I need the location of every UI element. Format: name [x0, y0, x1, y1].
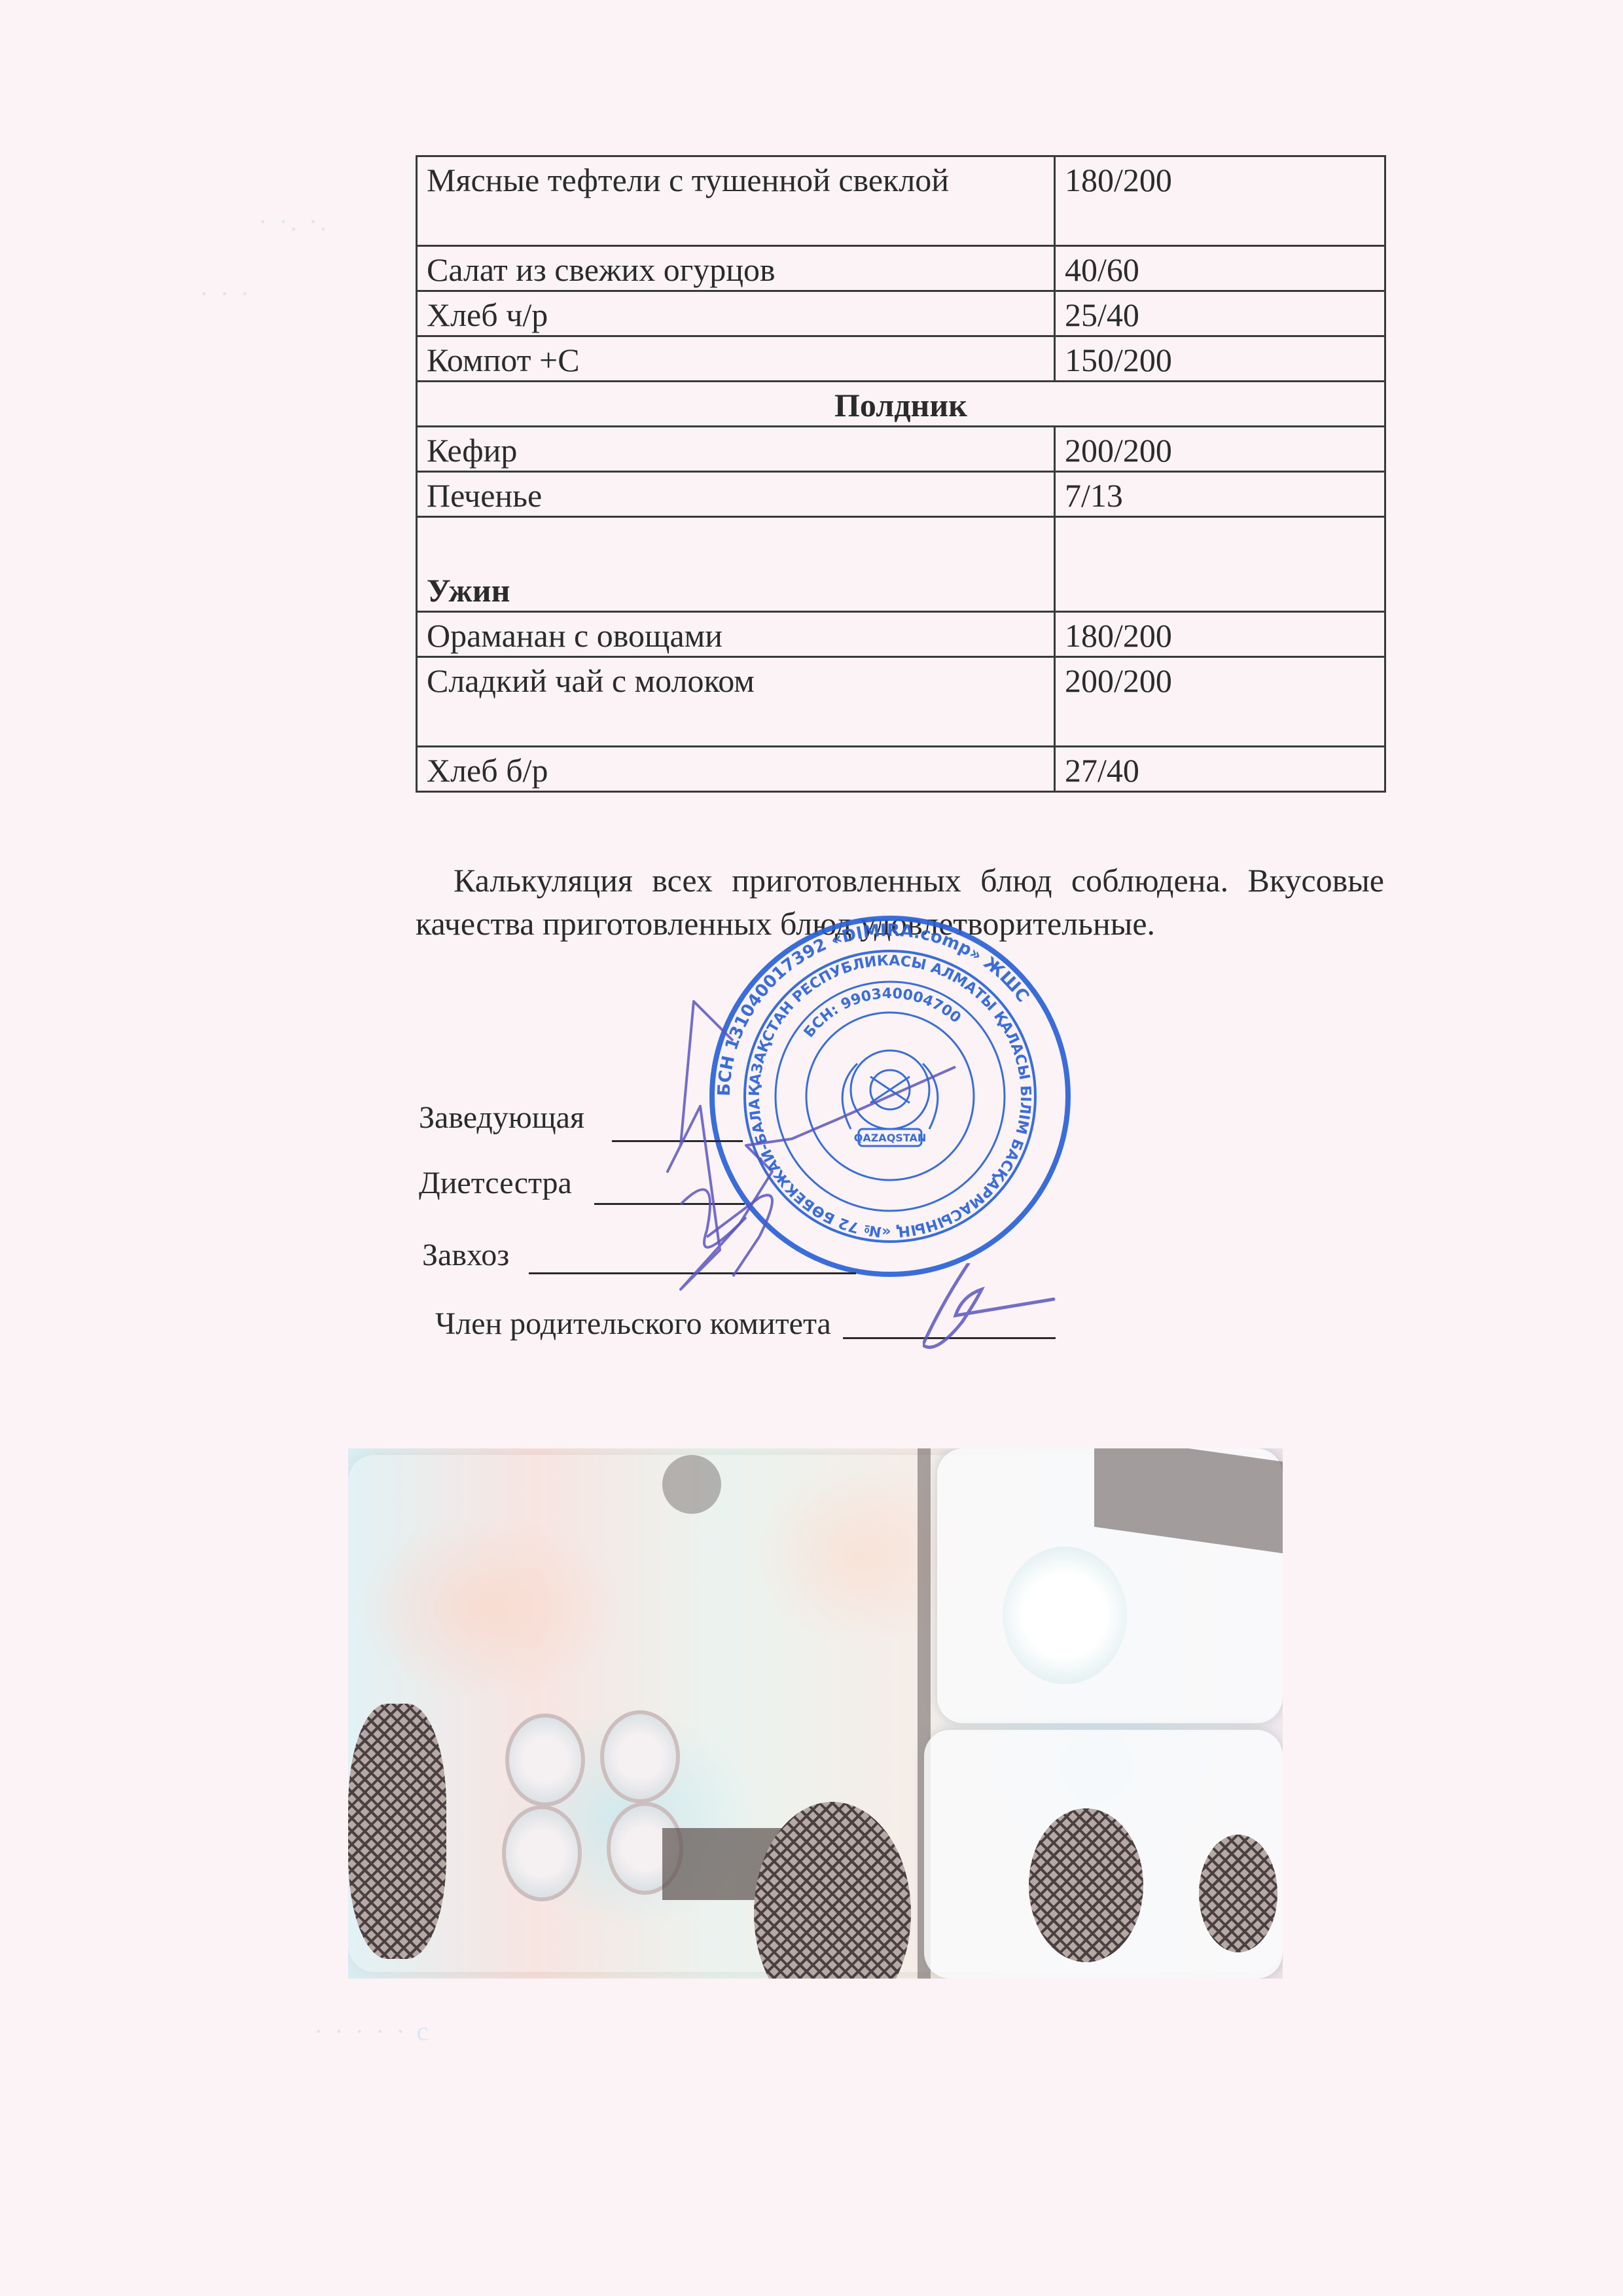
signature-label: Диетсестра: [419, 1166, 572, 1200]
menu-item-row: Сладкий чай с молоком200/200: [417, 657, 1385, 747]
portion-weight: 150/200: [1055, 336, 1385, 382]
bleed-through-mark: · ·. ·.: [259, 206, 329, 237]
signature-head: Заведующая: [419, 1100, 743, 1136]
menu-item-row: Кефир200/200: [417, 427, 1385, 472]
signature-line: [843, 1337, 1056, 1339]
portion-weight: 7/13: [1055, 472, 1385, 517]
bleed-through-mark: · · · · · c: [314, 2016, 431, 2047]
menu-item-row: Хлеб б/р27/40: [417, 747, 1385, 792]
portion-weight: 200/200: [1055, 427, 1385, 472]
dish-name: Салат из свежих огурцов: [417, 246, 1055, 291]
signature-label: Завхоз: [422, 1238, 509, 1272]
dish-name: Мясные тефтели с тушенной свеклой: [417, 156, 1055, 246]
menu-item-row: Ораманан с овощами180/200: [417, 612, 1385, 657]
signature-parent-committee: Член родительского комитета: [435, 1306, 1056, 1342]
portion-weight: 180/200: [1055, 612, 1385, 657]
menu-item-row: Мясные тефтели с тушенной свеклой180/200: [417, 156, 1385, 246]
official-stamp: БСН 131040017392 «DIMIRA.comp» ЖШС ҚАЗАҚ…: [707, 913, 1073, 1280]
empty-cell: [1055, 517, 1385, 612]
meal-section-row: Полдник: [417, 382, 1385, 427]
dish-name: Ораманан с овощами: [417, 612, 1055, 657]
dish-name: Компот +С: [417, 336, 1055, 382]
dining-table-photo: [348, 1448, 1283, 1979]
menu-table: Мясные тефтели с тушенной свеклой180/200…: [416, 155, 1386, 793]
portion-weight: 180/200: [1055, 156, 1385, 246]
signature-line: [612, 1140, 743, 1142]
portion-weight: 27/40: [1055, 747, 1385, 792]
dish-name: Сладкий чай с молоком: [417, 657, 1055, 747]
menu-item-row: Салат из свежих огурцов40/60: [417, 246, 1385, 291]
signature-label: Член родительского комитета: [435, 1306, 831, 1341]
signature-line: [529, 1272, 856, 1274]
stamp-center-text: QAZAQSTAN: [854, 1132, 927, 1144]
menu-item-row: Хлеб ч/р25/40: [417, 291, 1385, 336]
menu-item-row: Печенье7/13: [417, 472, 1385, 517]
meal-section-row: Ужин: [417, 517, 1385, 612]
meal-section-title: Ужин: [417, 517, 1055, 612]
bleed-through-mark: · · ·: [200, 278, 252, 309]
dish-name: Печенье: [417, 472, 1055, 517]
signature-supply-manager: Завхоз: [422, 1237, 856, 1273]
signature-dietitian: Диетсестра: [419, 1165, 745, 1201]
menu-item-row: Компот +С150/200: [417, 336, 1385, 382]
portion-weight: 25/40: [1055, 291, 1385, 336]
portion-weight: 200/200: [1055, 657, 1385, 747]
signature-line: [594, 1203, 745, 1205]
dish-name: Хлеб ч/р: [417, 291, 1055, 336]
meal-section-title: Полдник: [417, 382, 1385, 427]
dish-name: Кефир: [417, 427, 1055, 472]
signature-label: Заведующая: [419, 1100, 584, 1135]
document-page: · ·. ·. · · · · · · · · c Мясные тефтели…: [0, 0, 1623, 2296]
dish-name: Хлеб б/р: [417, 747, 1055, 792]
portion-weight: 40/60: [1055, 246, 1385, 291]
